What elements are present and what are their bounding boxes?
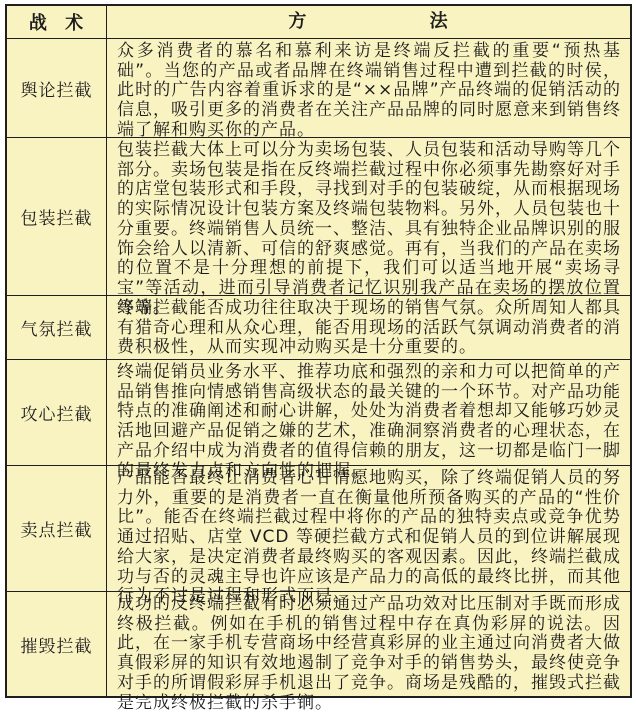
tactic-label: 攻心拦截 xyxy=(21,400,93,425)
table-row: 包装拦截 包装拦截大体上可以分为卖场包装、人员包装和活动导购等几个部分。卖场包装… xyxy=(7,137,630,295)
table-row: 攻心拦截 终端促销员业务水平、推荐功底和强烈的亲和力可以把简单的产品销售推向情感… xyxy=(7,359,630,465)
tactics-methods-table: 战 术 方 法 舆论拦截 众多消费者的慕名和慕利来访是终端反拦截的重要“预热基础… xyxy=(5,4,632,698)
tactic-cell: 舆论拦截 xyxy=(7,39,107,137)
tactic-label: 舆论拦截 xyxy=(21,76,93,101)
method-cell: 终端促销员业务水平、推荐功底和强烈的亲和力可以把简单的产品销售推向情感销售高级状… xyxy=(107,360,630,465)
tactic-label: 气氛拦截 xyxy=(21,315,93,340)
table-row: 舆论拦截 众多消费者的慕名和慕利来访是终端反拦截的重要“预热基础”。当您的产品或… xyxy=(7,38,630,137)
tactic-label: 摧毁拦截 xyxy=(21,632,93,657)
method-cell: 终端拦截能否成功往往取决于现场的销售气氛。众所周知人都具有猎奇心理和从众心理，能… xyxy=(107,296,630,359)
table-row: 卖点拦截 产品能否最终让消费者心甘情愿地购买，除了终端促销人员的努力外，重要的是… xyxy=(7,465,630,591)
tactic-cell: 摧毁拦截 xyxy=(7,592,107,696)
tactic-header-cell: 战 术 xyxy=(7,6,107,38)
tactic-cell: 包装拦截 xyxy=(7,138,107,295)
table-row: 气氛拦截 终端拦截能否成功往往取决于现场的销售气氛。众所周知人都具有猎奇心理和从… xyxy=(7,295,630,359)
method-header-cell: 方 法 xyxy=(107,6,630,38)
tactic-cell: 攻心拦截 xyxy=(7,360,107,465)
table-header-row: 战 术 方 法 xyxy=(7,6,630,38)
tactic-label: 包装拦截 xyxy=(21,204,93,229)
method-header-label: 方 法 xyxy=(288,12,448,32)
scanned-page: 战 术 方 法 舆论拦截 众多消费者的慕名和慕利来访是终端反拦截的重要“预热基础… xyxy=(0,0,636,701)
tactic-label: 卖点拦截 xyxy=(21,516,93,541)
table-row: 摧毁拦截 成功的反终端拦截有时必须通过产品功效对比压制对手既而形成终极拦截。例如… xyxy=(7,591,630,696)
tactic-header-label: 战 术 xyxy=(29,9,84,35)
tactic-cell: 卖点拦截 xyxy=(7,466,107,591)
method-cell: 包装拦截大体上可以分为卖场包装、人员包装和活动导购等几个部分。卖场包装是指在反终… xyxy=(107,138,630,295)
method-cell: 产品能否最终让消费者心甘情愿地购买，除了终端促销人员的努力外，重要的是消费者一直… xyxy=(107,466,630,591)
method-cell: 众多消费者的慕名和慕利来访是终端反拦截的重要“预热基础”。当您的产品或者品牌在终… xyxy=(107,39,630,137)
method-cell: 成功的反终端拦截有时必须通过产品功效对比压制对手既而形成终极拦截。例如在手机的销… xyxy=(107,592,630,696)
tactic-cell: 气氛拦截 xyxy=(7,296,107,359)
